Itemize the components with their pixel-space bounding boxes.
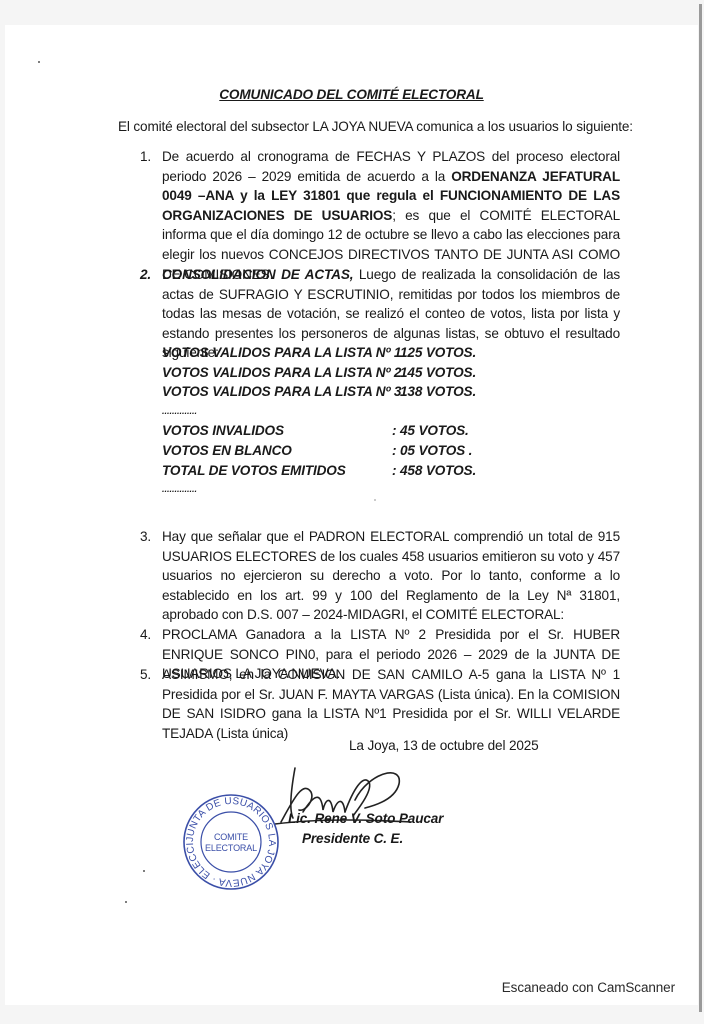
votes-label: VOTOS VALIDOS PARA LA LISTA Nº 1	[162, 343, 401, 363]
list-item-5: 5. ASIMISMO, en la COMISION DE SAN CAMIL…	[140, 665, 620, 743]
votes-row: VOTOS VALIDOS PARA LA LISTA Nº 3 138 VOT…	[162, 382, 502, 402]
votes-label: TOTAL DE VOTOS EMITIDOS	[162, 461, 346, 481]
votes-value: 138 VOTOS.	[400, 382, 476, 402]
votes-value: 125 VOTOS.	[400, 343, 476, 363]
scan-speck	[374, 499, 376, 501]
date-line: La Joya, 13 de octubre del 2025	[349, 736, 539, 756]
item-text: ASIMISMO, en la COMISION DE SAN CAMILO A…	[162, 665, 620, 743]
scan-speck	[143, 870, 145, 872]
separator-dots: ..............	[162, 480, 502, 500]
votes-label: VOTOS INVALIDOS	[162, 421, 284, 441]
signer-name: Lic. Rene V. Soto Paucar	[288, 809, 443, 829]
scan-speck	[125, 901, 127, 903]
item-number: 1.	[140, 147, 162, 167]
stamp-inner-line1: COMITE	[214, 832, 248, 842]
text-segment: ASIMISMO, en la COMISION DE SAN CAMILO A…	[162, 667, 620, 741]
document-body: COMUNICADO DEL COMITÉ ELECTORAL El comit…	[5, 25, 698, 1005]
list-item-1: 1. De acuerdo al cronograma de FECHAS Y …	[140, 147, 620, 284]
votes-value: : 45 VOTOS.	[392, 421, 469, 441]
votes-label: VOTOS EN BLANCO	[162, 441, 292, 461]
item-number: 2.	[140, 265, 162, 285]
item-text: De acuerdo al cronograma de FECHAS Y PLA…	[162, 147, 620, 284]
votes-value: : 458 VOTOS.	[392, 461, 476, 481]
votes-row: VOTOS EN BLANCO : 05 VOTOS .	[162, 441, 502, 461]
item-number: 5.	[140, 665, 162, 685]
votes-row: TOTAL DE VOTOS EMITIDOS : 458 VOTOS.	[162, 461, 502, 481]
scan-speck	[38, 61, 40, 63]
separator-dots: ..............	[162, 402, 502, 422]
signer-role: Presidente C. E.	[302, 829, 403, 849]
text-segment: Hay que señalar que el PADRON ELECTORAL …	[162, 529, 620, 622]
document-page: COMUNICADO DEL COMITÉ ELECTORAL El comit…	[5, 25, 698, 1005]
text-segment-bold-italic: CONSOLIDACION DE ACTAS,	[162, 267, 353, 282]
list-item-3: 3. Hay que señalar que el PADRON ELECTOR…	[140, 527, 620, 625]
votes-label: VOTOS VALIDOS PARA LA LISTA Nº 3	[162, 382, 401, 402]
votes-label: VOTOS VALIDOS PARA LA LISTA Nº 2	[162, 363, 401, 383]
page-edge	[699, 4, 702, 1012]
document-title: COMUNICADO DEL COMITÉ ELECTORAL	[5, 85, 698, 105]
votes-table: VOTOS VALIDOS PARA LA LISTA Nº 1 125 VOT…	[162, 343, 502, 500]
votes-value: 145 VOTOS.	[400, 363, 476, 383]
camscanner-watermark: Escaneado con CamScanner	[502, 978, 675, 998]
votes-row: VOTOS VALIDOS PARA LA LISTA Nº 1 125 VOT…	[162, 343, 502, 363]
electoral-committee-stamp-icon: JUNTA DE USUARIOS LA JOYA NUEVA · ELECCI…	[181, 792, 281, 892]
votes-row: VOTOS INVALIDOS : 45 VOTOS.	[162, 421, 502, 441]
intro-paragraph: El comité electoral del subsector LA JOY…	[118, 117, 678, 137]
votes-value: : 05 VOTOS .	[392, 441, 472, 461]
item-number: 3.	[140, 527, 162, 547]
votes-row: VOTOS VALIDOS PARA LA LISTA Nº 2 145 VOT…	[162, 363, 502, 383]
stamp-inner-line2: ELECTORAL	[205, 843, 257, 853]
item-number: 4.	[140, 625, 162, 645]
item-text: Hay que señalar que el PADRON ELECTORAL …	[162, 527, 620, 625]
